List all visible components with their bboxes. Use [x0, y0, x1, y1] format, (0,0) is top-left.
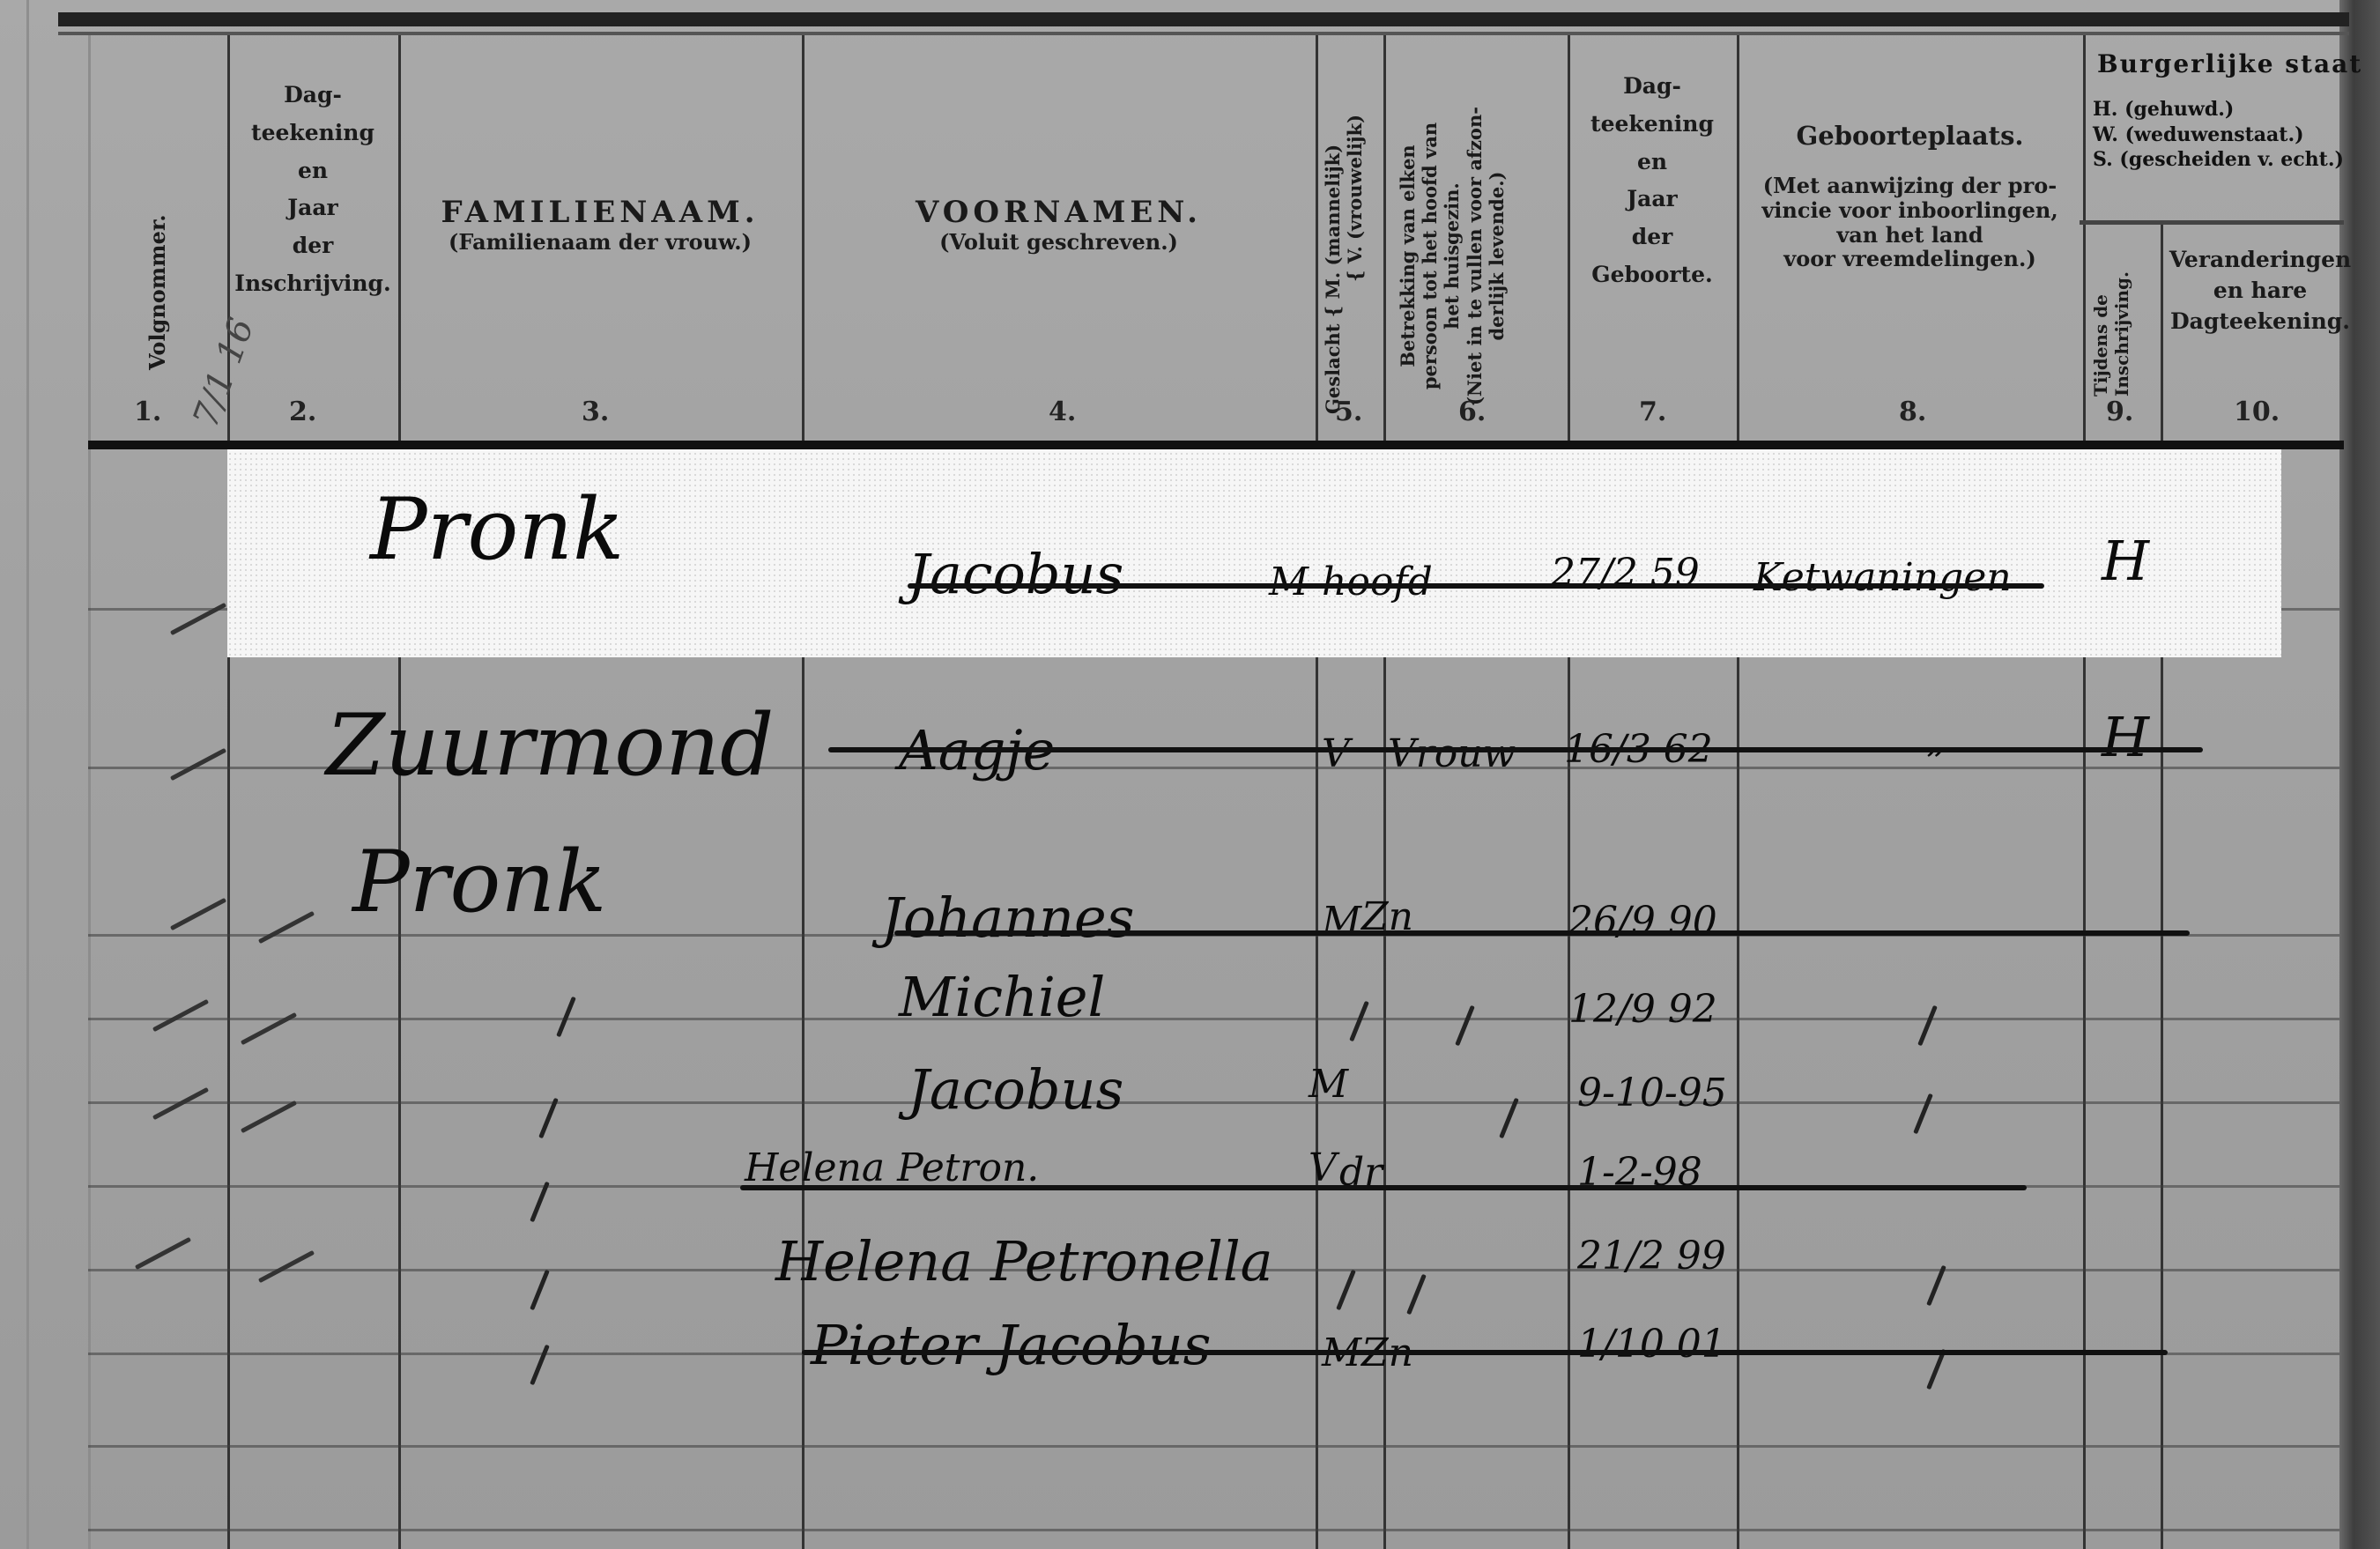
col-number-7: 7. — [1639, 397, 1666, 427]
col-number-2: 2. — [289, 397, 316, 427]
header-text: { V. (vrouwelijk) — [1344, 115, 1366, 414]
header-text: Dag- — [1568, 74, 1737, 100]
ditto-mark — [1917, 1005, 1938, 1046]
header-col2-inschrijving: Dag- teekening en Jaar der Inschrijving. — [227, 70, 398, 309]
entry-given-name: Jacobus — [908, 542, 1123, 606]
header-subtitle: (Voluit geschreven.) — [802, 230, 1316, 255]
column-divider — [2083, 35, 2086, 1549]
col-number-10: 10. — [2234, 397, 2280, 427]
col-number-9: 9. — [2106, 397, 2133, 427]
strike-through — [908, 583, 2044, 589]
column-divider — [802, 35, 804, 1549]
entry-given-name: Pieter Jacobus — [811, 1313, 1212, 1377]
ditto-mark — [530, 1345, 550, 1385]
ditto-mark — [530, 1270, 550, 1310]
header-text: Geslacht { M. (mannelijk) — [1322, 115, 1344, 414]
civil-status-legend: H. (gehuwd.) W. (weduwenstaat.) S. (gesc… — [2093, 97, 2344, 173]
row-rule — [88, 1101, 2339, 1104]
ditto-mark — [1349, 1001, 1369, 1041]
header-text: Inschrijving. — [227, 271, 398, 297]
margin-dash — [152, 999, 209, 1032]
col-number-4: 4. — [1049, 397, 1076, 427]
header-text: Betrekking van elken — [1397, 107, 1419, 405]
col-number-5: 5. — [1335, 397, 1362, 427]
ditto-mark — [1336, 1270, 1356, 1310]
entry-birth-date: 12/9 92 — [1568, 987, 1717, 1032]
header-subtitle: vincie voor inboorlingen, — [1737, 198, 2083, 223]
header-text: het huisgezin. — [1441, 107, 1463, 405]
header-col1-volgnommer: Volgnommer. — [145, 214, 171, 370]
register-page: Volgnommer. 7/1 16 1. Dag- teekening en … — [0, 0, 2380, 1549]
entry-given-name: Michiel — [899, 965, 1105, 1029]
page-binding-shadow — [2339, 0, 2380, 1549]
entry-relation: hoofd — [1322, 560, 1433, 604]
header-text: Jaar — [1568, 187, 1737, 212]
column-divider — [1383, 35, 1386, 1549]
ditto-mark — [1455, 1005, 1475, 1046]
column-divider — [1316, 35, 1318, 1549]
strike-through — [740, 1185, 2027, 1190]
header-col5-geslacht: Geslacht { M. (mannelijk) { V. (vrouweli… — [1322, 115, 1366, 414]
column-divider — [88, 35, 91, 1549]
header-text: der — [1568, 225, 1737, 250]
header-text: Veranderingen — [2168, 248, 2353, 273]
col-number-6: 6. — [1458, 397, 1486, 427]
entry-sex: V — [1309, 1145, 1337, 1190]
entry-birth-date: 1/10 01 — [1577, 1322, 1726, 1367]
header-text: der — [227, 233, 398, 259]
header-text: Jaar — [227, 196, 398, 221]
header-subtitle: voor vreemdelingen.) — [1737, 247, 2083, 271]
header-subtitle: (Familienaam der vrouw.) — [398, 230, 802, 255]
entry-birthplace: Ketwaningen — [1753, 555, 2012, 600]
row-rule — [88, 1018, 2339, 1020]
ditto-mark — [556, 997, 576, 1037]
header-title: FAMILIENAAM. — [398, 196, 802, 230]
strike-through — [894, 930, 2190, 936]
entry-birth-date: 9-10-95 — [1577, 1071, 1727, 1115]
civil-status-rule — [2080, 220, 2344, 225]
entry-sex: M — [1322, 899, 1361, 944]
entry-sex: M — [1309, 1062, 1348, 1107]
strike-through — [828, 747, 2203, 752]
margin-dash — [170, 898, 226, 930]
header-text: Geboorte. — [1568, 263, 1737, 288]
entry-birth-date: 21/2 99 — [1577, 1234, 1726, 1278]
header-text: Dag- — [227, 83, 398, 108]
entry-surname: Pronk — [352, 833, 606, 931]
legend-item: W. (weduwenstaat.) — [2093, 122, 2344, 148]
header-subtitle: van het land — [1737, 223, 2083, 248]
entry-surname: Pronk — [370, 480, 624, 579]
entry-surname: Zuurmond — [326, 696, 774, 795]
header-col9-tijdens-inschrijving: Tijdens de Inschrijving. — [2090, 271, 2132, 397]
ditto-mark — [1406, 1274, 1427, 1315]
header-title: Geboorteplaats. — [1737, 122, 2083, 151]
header-col3-familienaam: FAMILIENAAM. (Familienaam der vrouw.) — [398, 196, 802, 255]
header-rule — [88, 441, 2344, 449]
entry-birth-date: 26/9 90 — [1568, 899, 1717, 944]
margin-annotation: 7/1 16 — [185, 313, 262, 433]
strike-through — [802, 1350, 2168, 1355]
header-text: (Niet in te vullen voor afzon- — [1464, 107, 1486, 405]
entry-given-name: Johannes — [881, 886, 1134, 950]
header-col8-geboorteplaats: Geboorteplaats. (Met aanwijzing der pro-… — [1737, 122, 2083, 271]
entry-civil-status: H — [2102, 529, 2149, 593]
col-number-8: 8. — [1899, 397, 1926, 427]
header-text: en — [227, 159, 398, 184]
page-edge-line — [26, 0, 29, 1549]
entry-given-name: Helena Petron. — [745, 1145, 1039, 1190]
header-text: en hare — [2168, 278, 2353, 304]
header-title: VOORNAMEN. — [802, 196, 1316, 230]
entry-sex: V — [1322, 731, 1350, 776]
margin-dash — [258, 911, 315, 944]
civil-status-title: Burgerlijke staat — [2097, 49, 2362, 78]
legend-item: H. (gehuwd.) — [2093, 97, 2344, 122]
header-text: Dagteekening. — [2168, 309, 2353, 335]
header-text: Tijdens de — [2090, 271, 2111, 397]
col-number-1: 1. — [134, 397, 161, 427]
row-rule — [88, 1529, 2339, 1531]
col-number-3: 3. — [582, 397, 609, 427]
header-col6-betrekking: Betrekking van elken persoon tot het hoo… — [1397, 107, 1508, 405]
entry-sex: M — [1269, 560, 1309, 604]
header-text: Inschrijving. — [2111, 271, 2132, 397]
ditto-mark — [1913, 1093, 1933, 1134]
header-text: teekening — [227, 121, 398, 146]
legend-item: S. (gescheiden v. echt.) — [2093, 147, 2344, 173]
entry-relation: Vrouw — [1388, 731, 1516, 776]
header-col10-veranderingen: Veranderingen en hare Dagteekening. — [2168, 242, 2353, 339]
entry-civil-status: H — [2102, 705, 2149, 769]
top-rule-thin — [58, 32, 2349, 35]
margin-dash — [241, 1101, 297, 1133]
header-subtitle: (Met aanwijzing der pro- — [1737, 174, 2083, 198]
header-col7-geboorte: Dag- teekening en Jaar der Geboorte. — [1568, 62, 1737, 300]
header-text: derlijk levende.) — [1486, 107, 1508, 405]
entry-given-name: Helena Petronella — [775, 1229, 1273, 1293]
header-col4-voornamen: VOORNAMEN. (Voluit geschreven.) — [802, 196, 1316, 255]
margin-dash — [135, 1237, 191, 1270]
header-text: persoon tot het hoofd van — [1419, 107, 1441, 405]
top-rule — [58, 12, 2349, 26]
header-text: teekening — [1568, 112, 1737, 137]
header-text: en — [1568, 150, 1737, 175]
entry-birth-date: 27/2 59 — [1551, 551, 1700, 596]
margin-dash — [170, 748, 226, 781]
row-rule — [88, 1445, 2339, 1448]
margin-dash — [258, 1250, 315, 1283]
entry-given-name: Jacobus — [908, 1057, 1123, 1122]
